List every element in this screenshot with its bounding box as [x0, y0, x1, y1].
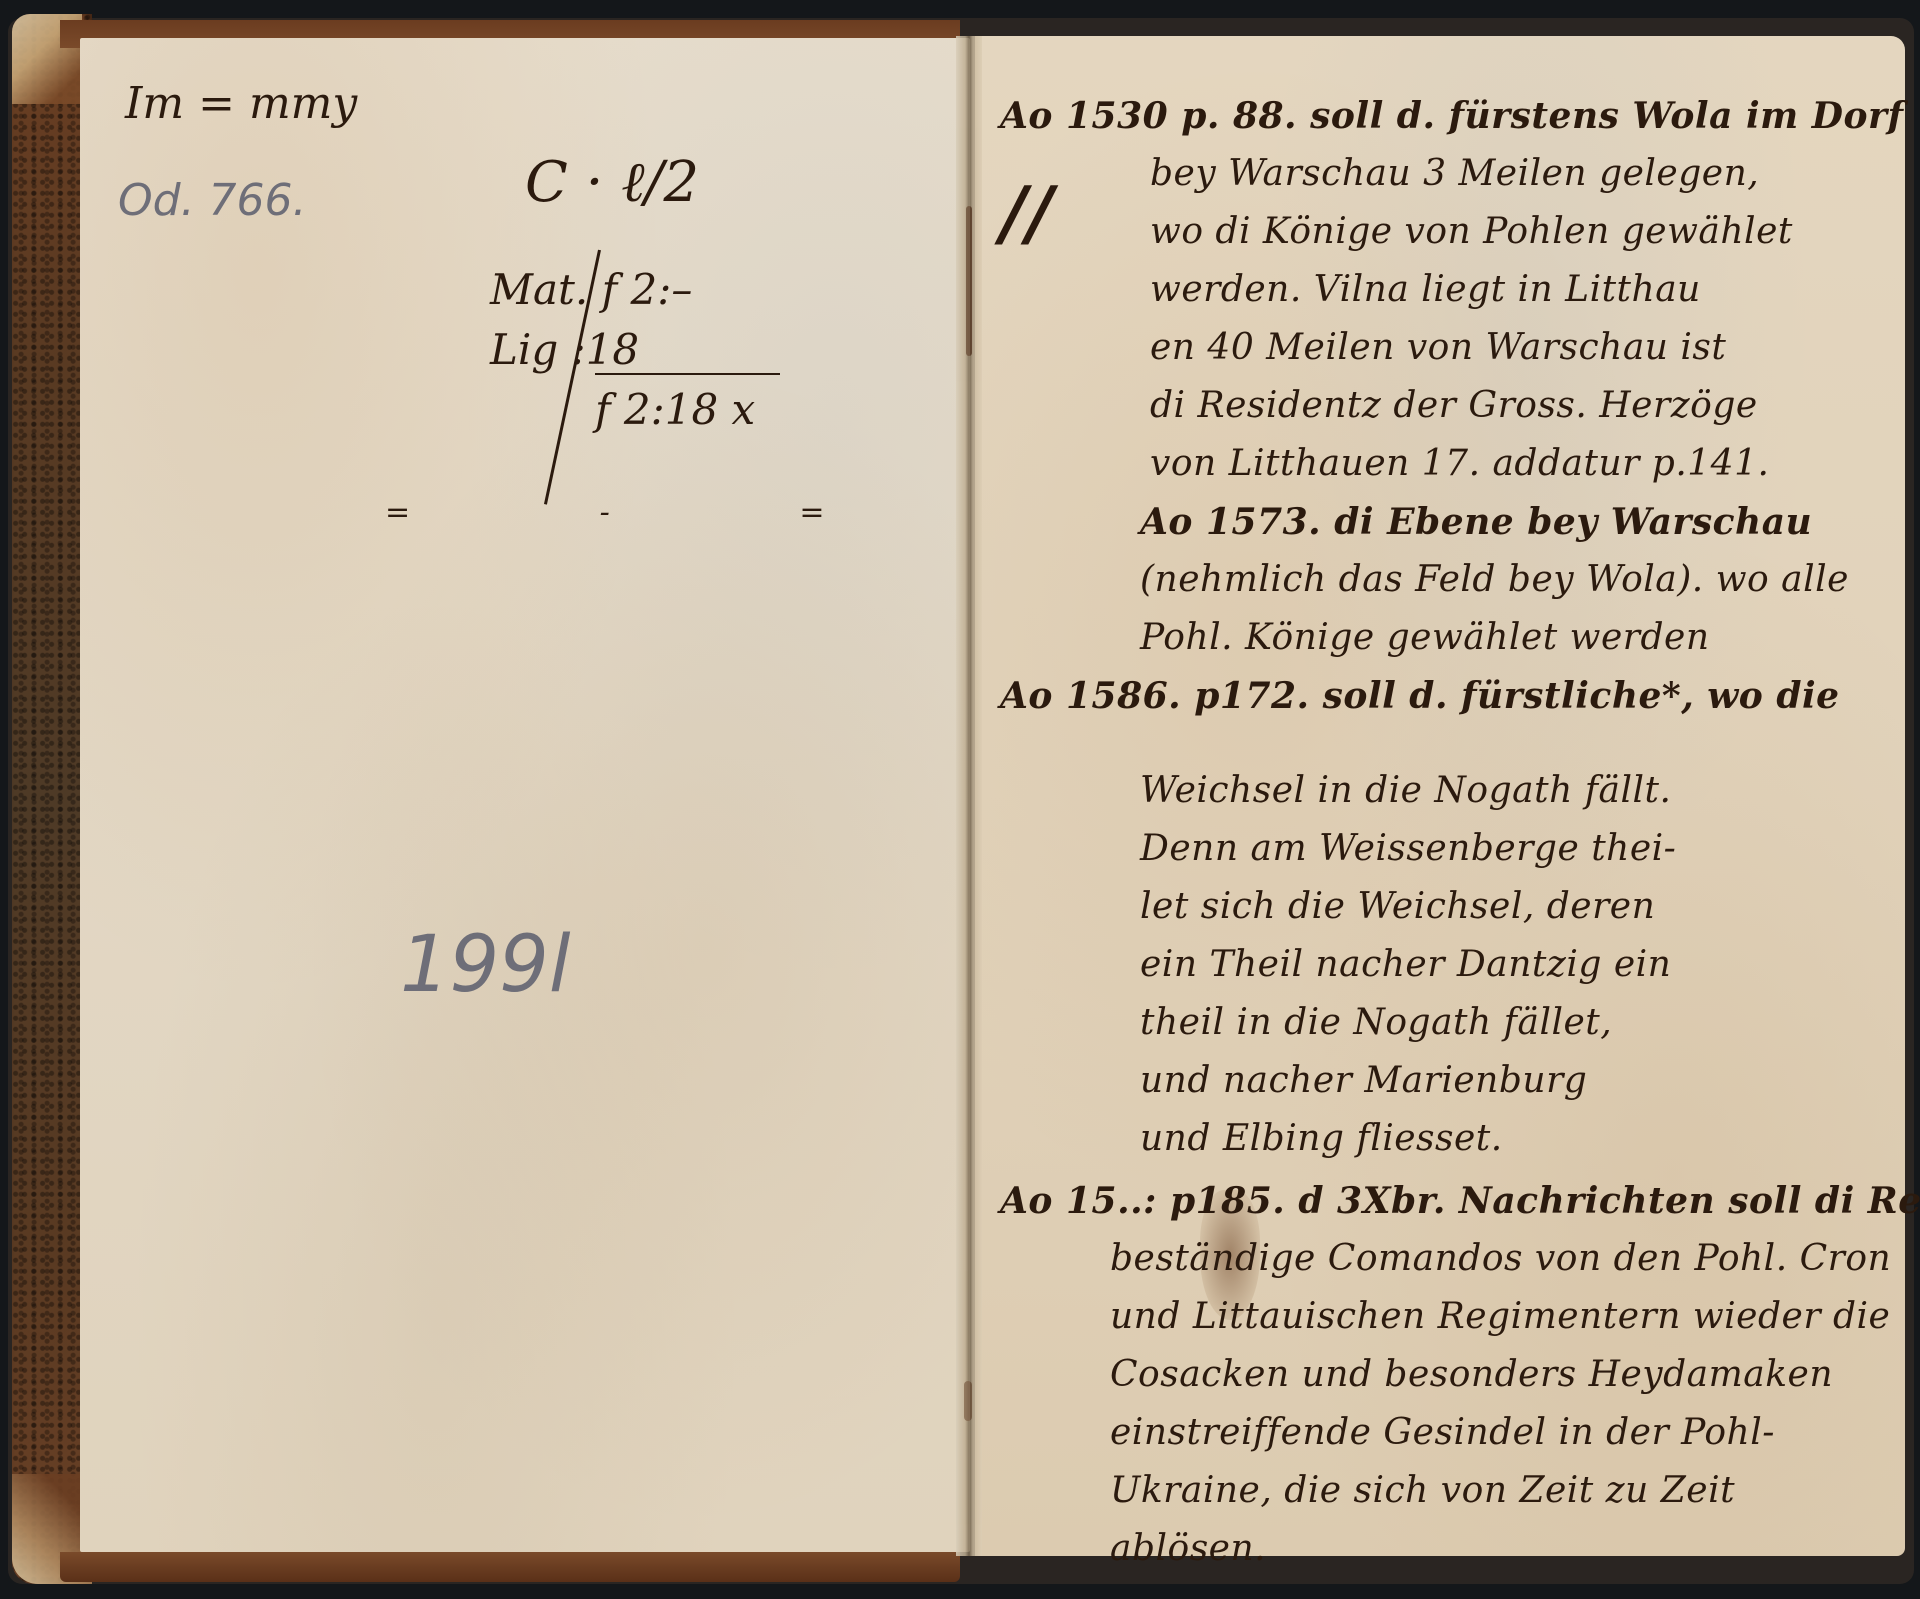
manuscript-line: di Residentz der Gross. Herzöge — [1150, 385, 1758, 426]
manuscript-line: und nacher Marienburg — [1140, 1060, 1587, 1101]
manuscript-line: beständige Comandos von den Pohl. Cron — [1110, 1238, 1891, 1279]
manuscript-line: von Litthauen 17. addatur p.141. — [1150, 443, 1769, 484]
manuscript-line: einstreiffende Gesindel in der Pohl- — [1110, 1412, 1775, 1453]
manuscript-line: ein Theil nacher Dantzig ein — [1140, 944, 1671, 985]
manuscript-line: Denn am Weissenberge thei- — [1140, 828, 1676, 869]
manuscript-line: let sich die Weichsel, deren — [1140, 886, 1655, 927]
manuscript-line: wo di Könige von Pohlen gewählet — [1150, 211, 1793, 252]
price-note-total: f 2:18 x — [595, 385, 755, 434]
manuscript-line: Cosacken und besonders Heydamaken — [1110, 1354, 1833, 1395]
manuscript-line: Weichsel in die Nogath fällt. — [1140, 770, 1671, 811]
manuscript-line: Ao 15..: p185. d 3Xbr. Nachrichten soll … — [1000, 1180, 1920, 1222]
gutter-tear-lower — [964, 1381, 972, 1421]
manuscript-line: theil in die Nogath fället, — [1140, 1002, 1612, 1043]
ink-dash-marks: = - = — [385, 495, 914, 530]
manuscript-line: en 40 Meilen von Warschau ist — [1150, 327, 1726, 368]
price-note-lig: Lig :18 — [490, 325, 639, 374]
gutter-tear — [966, 206, 972, 356]
manuscript-line: Ukraine, die sich von Zeit zu Zeit — [1110, 1470, 1735, 1511]
shelf-mark-pencil: Od. 766. — [118, 175, 307, 226]
manuscript-line: Ao 1573. di Ebene bey Warschau — [1140, 501, 1812, 543]
price-note-mat: Mat. f 2:– — [490, 265, 692, 314]
shelf-mark-ink: Im = mmy — [125, 78, 357, 129]
book-gutter — [956, 36, 982, 1556]
margin-mark: // — [1000, 170, 1053, 255]
manuscript-line: und Littauischen Regimentern wieder die — [1110, 1296, 1890, 1337]
pencil-number: 199l — [400, 920, 571, 1010]
manuscript-line: Pohl. Könige gewählet werden — [1140, 617, 1710, 658]
manuscript-line: und Elbing fliesset. — [1140, 1118, 1503, 1159]
manuscript-line: Ao 1530 p. 88. soll d. fürstens Wola im … — [1000, 95, 1903, 137]
manuscript-line: ablösen. — [1110, 1528, 1266, 1569]
manuscript-line: werden. Vilna liegt in Litthau — [1150, 269, 1701, 310]
manuscript-line: (nehmlich das Feld bey Wola). wo alle — [1140, 559, 1849, 600]
manuscript-line: bey Warschau 3 Meilen gelegen, — [1150, 153, 1759, 194]
price-note-sum-rule — [595, 373, 780, 375]
manuscript-line: Ao 1586. p172. soll d. fürstliche*, wo d… — [1000, 675, 1840, 717]
leather-edge-bottom — [60, 1552, 960, 1582]
price-note-header: C · ℓ/2 — [525, 150, 699, 215]
